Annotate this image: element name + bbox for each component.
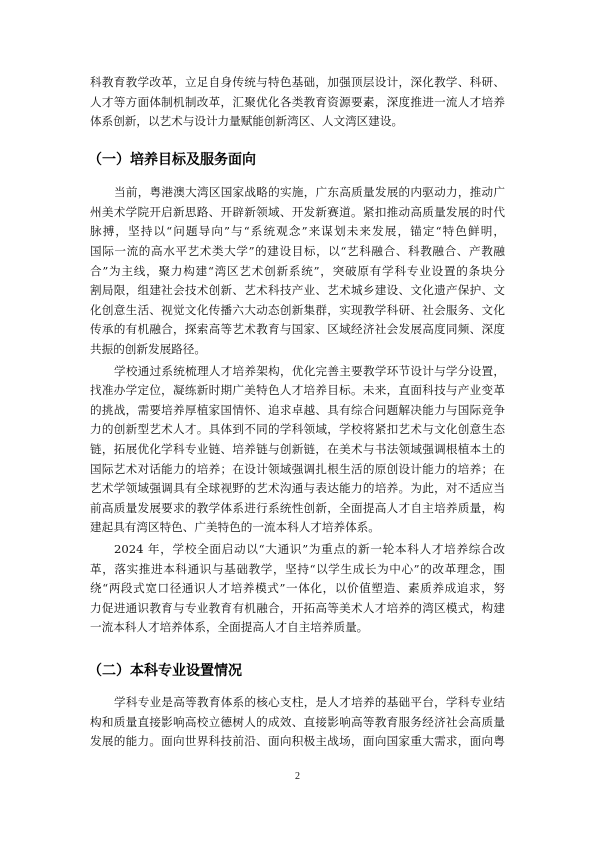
text-line: 2024 年，学校全面启动以“大通识”为重点的新一轮本科人才培养综合改 bbox=[90, 540, 505, 560]
text-line: 艺术学领域强调具有全球视野的艺术沟通与表达能力的培养。为此，对不适应当 bbox=[90, 479, 505, 499]
text-line: 革，落实推进本科通识与基础教学，坚持“以学生成长为中心”的改革理念，围 bbox=[90, 560, 505, 580]
text-line: 国际艺术对话能力的培养；在设计领域强调扎根生活的原创设计能力的培养；在 bbox=[90, 460, 505, 480]
text-line: 共振的创新发展路径。 bbox=[90, 340, 505, 360]
text-line: 力的创新型艺术人才。具体到不同的学科领域，学校将紧扣艺术与文化创意生态 bbox=[90, 420, 505, 440]
section-heading-training-goals: （一）培养目标及服务面向 bbox=[88, 150, 256, 170]
text-line: 发展的能力。面向世界科技前沿、面向积极主战场，面向国家重大需求，面向粤 bbox=[90, 732, 505, 752]
paragraph: 学校通过系统梳理人才培养架构，优化完善主要教学环节设计与学分设置， 找准办学定位… bbox=[90, 362, 505, 538]
text-line: 学科专业是高等教育体系的核心支柱，是人才培养的基础平台，学科专业结 bbox=[90, 693, 505, 713]
document-page: 科教育教学改革，立足自身传统与特色基础，加强顶层设计，深化教学、科研、 人才等方… bbox=[0, 0, 595, 842]
section-heading-major-settings: （二）本科专业设置情况 bbox=[88, 661, 242, 681]
text-line: 当前，粤港澳大湾区国家战略的实施，广东高质量发展的内驱动力，推动广 bbox=[90, 183, 505, 203]
text-line: 的挑战，需要培养厚植家国情怀、追求卓越、具有综合问题解决能力与国际竞争 bbox=[90, 401, 505, 421]
text-line: 链，拓展优化学科专业链、培养链与创新链，在美术与书法领域强调根植本土的 bbox=[90, 440, 505, 460]
text-line: 人才等方面体制机制改革，汇聚优化各类教育资源要素，深度推进一流人才培养 bbox=[90, 93, 505, 113]
text-line: 一流本科人才培养体系，全面提高人才自主培养质量。 bbox=[90, 618, 505, 638]
page-number: 2 bbox=[0, 770, 595, 784]
paragraph: 2024 年，学校全面启动以“大通识”为重点的新一轮本科人才培养综合改 革，落实… bbox=[90, 540, 505, 638]
paragraph: 当前，粤港澳大湾区国家战略的实施，广东高质量发展的内驱动力，推动广 州美术学院开… bbox=[90, 183, 505, 359]
text-line: 传承的有机融合，探索高等艺术教育与国家、区域经济社会发展高度同频、深度 bbox=[90, 320, 505, 340]
text-line: 科教育教学改革，立足自身传统与特色基础，加强顶层设计，深化教学、科研、 bbox=[90, 73, 505, 93]
text-line: 国际一流的高水平艺术类大学”的建设目标，以“艺科融合、科教融合、产教融 bbox=[90, 242, 505, 262]
text-line: 州美术学院开启新思路、开辟新领域、开发新赛道。紧扣推动高质量发展的时代 bbox=[90, 203, 505, 223]
text-line: 力促进通识教育与专业教育有机融合，开拓高等美术人才培养的湾区模式，构建 bbox=[90, 599, 505, 619]
text-line: 前高质量发展要求的教学体系进行系统性创新，全面提高人才自主培养质量，构 bbox=[90, 499, 505, 519]
text-line: 找准办学定位，凝练新时期广美特色人才培养目标。未来，直面科技与产业变革 bbox=[90, 381, 505, 401]
paragraph-intro: 科教育教学改革，立足自身传统与特色基础，加强顶层设计，深化教学、科研、 人才等方… bbox=[90, 73, 505, 132]
text-line: 化创意生活、视觉文化传播六大动态创新集群，实现教学科研、社会服务、文化 bbox=[90, 301, 505, 321]
text-line: 建起具有湾区特色、广美特色的一流本科人才培养体系。 bbox=[90, 518, 505, 538]
text-line: 绕“两段式宽口径通识人才培养模式”一体化，以价值塑造、素质养成追求，努 bbox=[90, 579, 505, 599]
text-line: 构和质量直接影响高校立德树人的成效、直接影响高等教育服务经济社会高质量 bbox=[90, 713, 505, 733]
text-line: 合”为主线，聚力构建“湾区艺术创新系统”，突破原有学科专业设置的条块分 bbox=[90, 262, 505, 282]
text-line: 体系创新，以艺术与设计力量赋能创新湾区、人文湾区建设。 bbox=[90, 112, 505, 132]
paragraph: 学科专业是高等教育体系的核心支柱，是人才培养的基础平台，学科专业结 构和质量直接… bbox=[90, 693, 505, 752]
text-line: 脉搏，坚持以“问题导向”与“系统观念”来谋划未来发展，锚定“特色鲜明， bbox=[90, 222, 505, 242]
text-line: 学校通过系统梳理人才培养架构，优化完善主要教学环节设计与学分设置， bbox=[90, 362, 505, 382]
text-line: 割局限，组建社会技术创新、艺术科技产业、艺术城乡建设、文化遗产保护、文 bbox=[90, 281, 505, 301]
